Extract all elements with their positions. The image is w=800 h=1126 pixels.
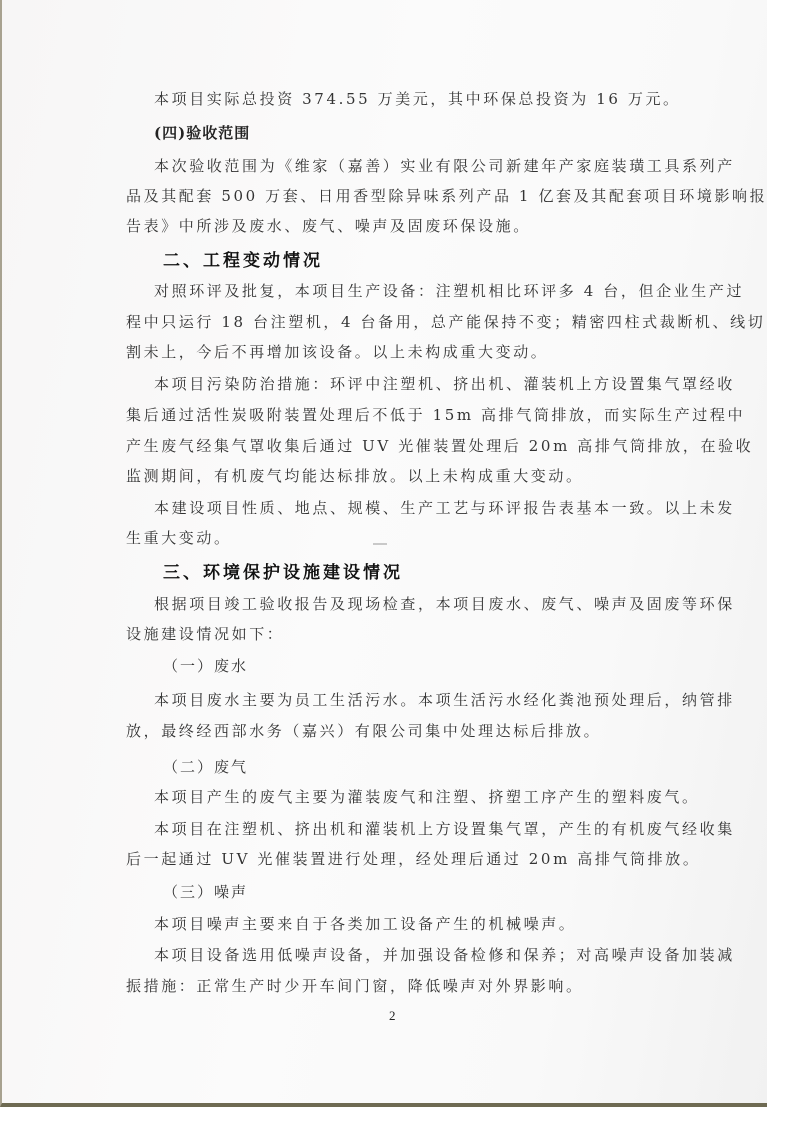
section-4-line: 告表》中所涉及废水、废气、噪声及固废环保设施。 bbox=[126, 215, 531, 236]
section-4-title: (四)验收范围 bbox=[154, 122, 250, 143]
scan-smudge bbox=[373, 543, 387, 545]
chapter-2-line: 本建设项目性质、地点、规模、生产工艺与环评报告表基本一致。以上未发 bbox=[154, 497, 735, 518]
waste-gas-line: 本项目产生的废气主要为灌装废气和注塑、挤塑工序产生的塑料废气。 bbox=[154, 786, 700, 807]
chapter-2-line: 对照环评及批复，本项目生产设备：注塑机相比环评多 4 台，但企业生产过 bbox=[154, 280, 744, 301]
chapter-2-line: 监测期间，有机废气均能达标排放。以上未构成重大变动。 bbox=[126, 465, 584, 486]
chapter-2-line: 割未上，今后不再增加该设备。以上未构成重大变动。 bbox=[126, 341, 548, 362]
chapter-2-line: 本项目污染防治措施：环评中注塑机、挤出机、灌装机上方设置集气罩经收 bbox=[154, 373, 735, 394]
waste-gas-line: 后一起通过 UV 光催装置进行处理，经处理后通过 20m 高排气筒排放。 bbox=[126, 848, 700, 869]
section-4-line: 品及其配套 500 万套、日用香型除异味系列产品 1 亿套及其配套项目环境影响报 bbox=[126, 185, 767, 206]
chapter-3-intro-line: 设施建设情况如下： bbox=[126, 623, 284, 644]
chapter-3-title: 三、环境保护设施建设情况 bbox=[163, 558, 403, 583]
chapter-2-line: 集后通过活性炭吸附装置处理后不低于 15m 高排气筒排放，而实际生产过程中 bbox=[126, 404, 745, 425]
document-content: 本项目实际总投资 374.55 万美元，其中环保总投资为 16 万元。 (四)验… bbox=[0, 0, 767, 1107]
chapter-2-line: 生重大变动。 bbox=[126, 527, 232, 548]
waste-gas-label: （二）废气 bbox=[163, 756, 248, 777]
section-4-line: 本次验收范围为《维家（嘉善）实业有限公司新建年产家庭装璜工具系列产 bbox=[154, 155, 735, 176]
noise-label: （三）噪声 bbox=[163, 881, 248, 902]
noise-line: 振措施：正常生产时少开车间门窗，降低噪声对外界影响。 bbox=[126, 975, 584, 996]
noise-line: 本项目设备选用低噪声设备，并加强设备检修和保养；对高噪声设备加装减 bbox=[154, 944, 735, 965]
wastewater-line: 放，最终经西部水务（嘉兴）有限公司集中处理达标后排放。 bbox=[126, 720, 601, 741]
waste-gas-line: 本项目在注塑机、挤出机和灌装机上方设置集气罩，产生的有机废气经收集 bbox=[154, 818, 735, 839]
chapter-2-line: 程中只运行 18 台注塑机，4 台备用，总产能保持不变；精密四柱式裁断机、线切 bbox=[126, 311, 765, 332]
investment-line: 本项目实际总投资 374.55 万美元，其中环保总投资为 16 万元。 bbox=[154, 88, 681, 109]
page-number: 2 bbox=[389, 1008, 396, 1024]
chapter-2-line: 产生废气经集气罩收集后通过 UV 光催装置处理后 20m 高排气筒排放，在验收 bbox=[126, 435, 753, 456]
noise-line: 本项目噪声主要来自于各类加工设备产生的机械噪声。 bbox=[154, 913, 576, 934]
chapter-3-intro-line: 根据项目竣工验收报告及现场检查，本项目废水、废气、噪声及固废等环保 bbox=[154, 593, 735, 614]
wastewater-label: （一）废水 bbox=[163, 655, 248, 676]
wastewater-line: 本项目废水主要为员工生活污水。本项生活污水经化粪池预处理后，纳管排 bbox=[154, 689, 735, 710]
chapter-2-title: 二、工程变动情况 bbox=[163, 246, 323, 271]
